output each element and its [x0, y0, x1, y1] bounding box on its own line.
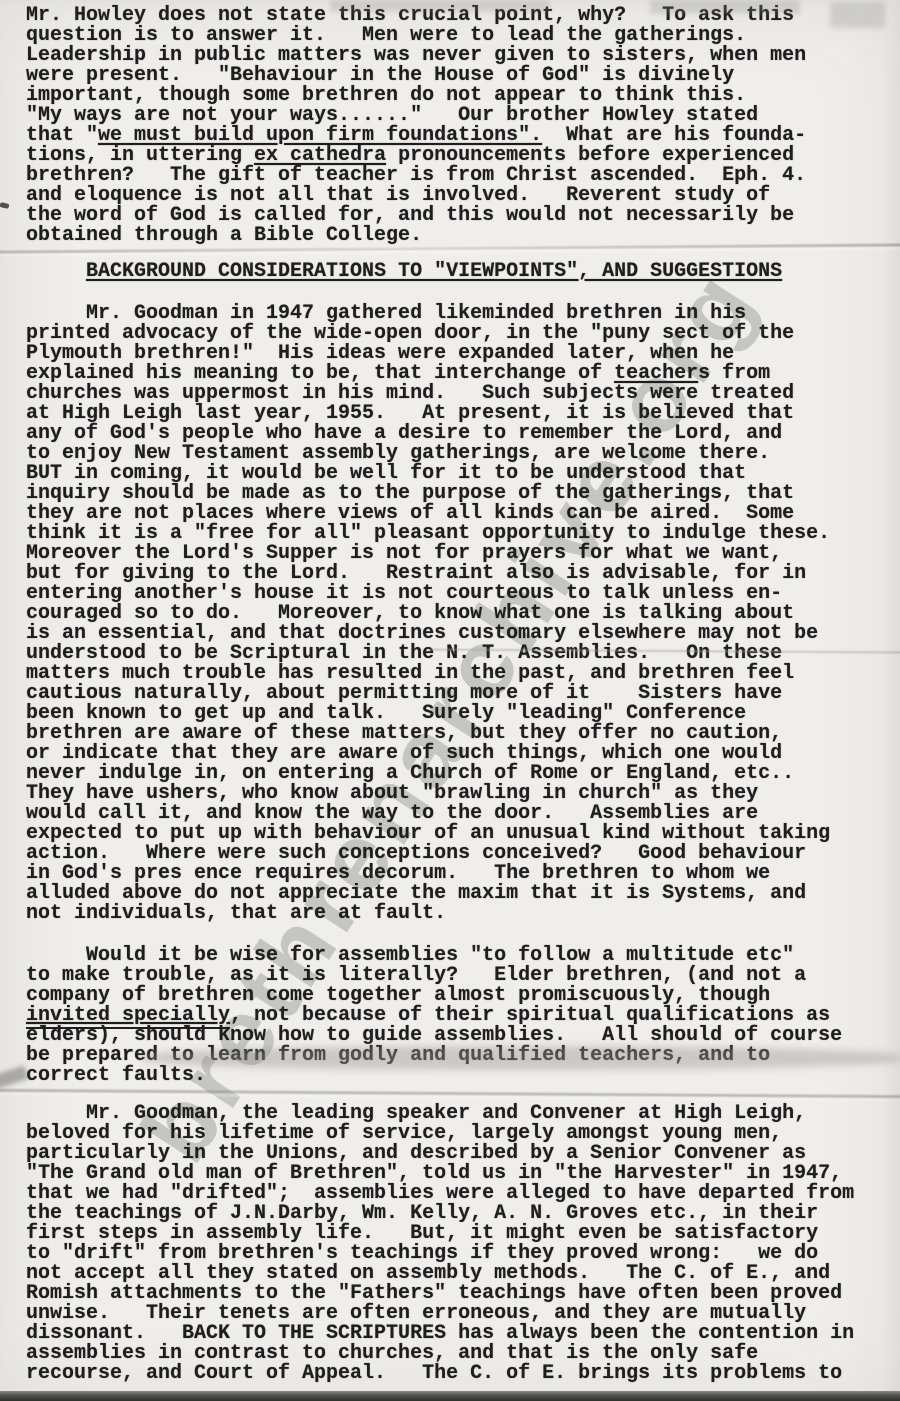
text-line: be prepared to learn from godly and qual… — [26, 1046, 854, 1066]
text-line: action. Where were such conceptions conc… — [26, 844, 854, 864]
text-line: unwise. Their tenets are often erroneous… — [26, 1304, 854, 1324]
text-line: is an essential, and that doctrines cust… — [26, 624, 854, 644]
text-line: at High Leigh last year, 1955. At presen… — [26, 404, 854, 424]
text-line: recourse, and Court of Appeal. The C. of… — [26, 1364, 854, 1384]
text-line: matters much trouble has resulted in the… — [26, 664, 854, 684]
text-line: any of God's people who have a desire to… — [26, 424, 854, 444]
text-line: elders), should know how to guide assemb… — [26, 1026, 854, 1046]
text-line: not accept all they stated on assembly m… — [26, 1264, 854, 1284]
para-1: Mr. Howley does not state this crucial p… — [26, 6, 854, 246]
text-line: expected to put up with behaviour of an … — [26, 824, 854, 844]
text-segment: recourse, and Court of Appeal. The C. of… — [26, 1362, 842, 1385]
text-line: assemblies in contrast to churches, and … — [26, 1344, 854, 1364]
text-line: they are not places where views of all k… — [26, 504, 854, 524]
text-line: inquiry should be made as to the purpose… — [26, 484, 854, 504]
document-body: Mr. Howley does not state this crucial p… — [26, 6, 854, 1384]
left-edge-nick — [0, 1065, 28, 1088]
text-line: entering another's house it is not court… — [26, 584, 854, 604]
text-line: BUT in coming, it would be well for it t… — [26, 464, 854, 484]
text-line: brethren are aware of these matters, but… — [26, 724, 854, 744]
para-4: Mr. Goodman, the leading speaker and Con… — [26, 1104, 854, 1384]
text-line: Romish attachments to the "Fathers" teac… — [26, 1284, 854, 1304]
left-margin-mark — [0, 202, 9, 209]
text-segment: BACKGROUND CONSIDERATIONS TO "VIEWPOINTS… — [86, 260, 782, 283]
text-line: that we had "drifted"; assemblies were a… — [26, 1184, 854, 1204]
text-segment: not individuals, that are at fault. — [26, 902, 446, 925]
text-line: correct faults. — [26, 1066, 854, 1086]
text-line: would call it, and know the way to the d… — [26, 804, 854, 824]
text-line: Leadership in public matters was never g… — [26, 46, 854, 66]
text-line: Mr. Goodman, the leading speaker and Con… — [26, 1104, 854, 1124]
text-line: cautious naturally, about permitting mor… — [26, 684, 854, 704]
text-line: never indulge in, on entering a Church o… — [26, 764, 854, 784]
text-line: obtained through a Bible College. — [26, 226, 854, 246]
scanner-edge-shadow — [0, 1391, 900, 1401]
text-line: question is to answer it. Men were to le… — [26, 26, 854, 46]
section-heading: BACKGROUND CONSIDERATIONS TO "VIEWPOINTS… — [26, 262, 854, 282]
text-line: to enjoy New Testament assembly gatherin… — [26, 444, 854, 464]
text-line: Moreover the Lord's Supper is not for pr… — [26, 544, 854, 564]
text-line: "My ways are not your ways......" Our br… — [26, 106, 854, 126]
document-page: brethrenarchive.org Mr. Howley does not … — [0, 0, 900, 1401]
text-line: Mr. Howley does not state this crucial p… — [26, 6, 854, 26]
text-line: understood to be Scriptural in the N. T.… — [26, 644, 854, 664]
text-line: to "drift" from brethren's teachings if … — [26, 1244, 854, 1264]
text-line: printed advocacy of the wide-open door, … — [26, 324, 854, 344]
text-line: explained his meaning to be, that interc… — [26, 364, 854, 384]
text-line: Would it be wise for assemblies "to foll… — [26, 946, 854, 966]
text-line: alluded above do not appreciate the maxi… — [26, 884, 854, 904]
text-line: invited specially, not because of their … — [26, 1006, 854, 1026]
text-line: tions, in uttering ex cathedra pronounce… — [26, 146, 854, 166]
text-line: in God's pres ence requires decorum. The… — [26, 864, 854, 884]
text-line: beloved for his lifetime of service, lar… — [26, 1124, 854, 1144]
text-line: that "we must build upon firm foundation… — [26, 126, 854, 146]
text-line: particularly in the Unions, and describe… — [26, 1144, 854, 1164]
para-3: Would it be wise for assemblies "to foll… — [26, 946, 854, 1086]
text-line: first steps in assembly life. But, it mi… — [26, 1224, 854, 1244]
text-line: BACKGROUND CONSIDERATIONS TO "VIEWPOINTS… — [26, 262, 854, 282]
text-segment — [26, 260, 86, 283]
para-2: Mr. Goodman in 1947 gathered likeminded … — [26, 304, 854, 924]
text-line: to make trouble, as it is literally? Eld… — [26, 966, 854, 986]
text-line: and eloquence is not all that is involve… — [26, 186, 854, 206]
text-line: They have ushers, who know about "brawli… — [26, 784, 854, 804]
text-line: Mr. Goodman in 1947 gathered likeminded … — [26, 304, 854, 324]
text-line: but for giving to the Lord. Restraint al… — [26, 564, 854, 584]
text-segment: obtained through a Bible College. — [26, 224, 422, 247]
text-line: important, though some brethren do not a… — [26, 86, 854, 106]
text-line: were present. "Behaviour in the House of… — [26, 66, 854, 86]
text-line: couraged so to do. Moreover, to know wha… — [26, 604, 854, 624]
text-line: brethren? The gift of teacher is from Ch… — [26, 166, 854, 186]
text-line: Plymouth brethren!" His ideas were expan… — [26, 344, 854, 364]
text-line: "The Grand old man of Brethren", told us… — [26, 1164, 854, 1184]
text-line: or indicate that they are aware of such … — [26, 744, 854, 764]
text-line: not individuals, that are at fault. — [26, 904, 854, 924]
text-line: the word of God is called for, and this … — [26, 206, 854, 226]
text-line: the teachings of J.N.Darby, Wm. Kelly, A… — [26, 1204, 854, 1224]
text-segment: correct faults. — [26, 1064, 206, 1087]
text-line: company of brethren come together almost… — [26, 986, 854, 1006]
text-line: think it is a "free for all" pleasant op… — [26, 524, 854, 544]
text-line: been known to get up and talk. Surely "l… — [26, 704, 854, 724]
text-line: dissonant. BACK TO THE SCRIPTURES has al… — [26, 1324, 854, 1344]
text-line: churches was uppermost in his mind. Such… — [26, 384, 854, 404]
